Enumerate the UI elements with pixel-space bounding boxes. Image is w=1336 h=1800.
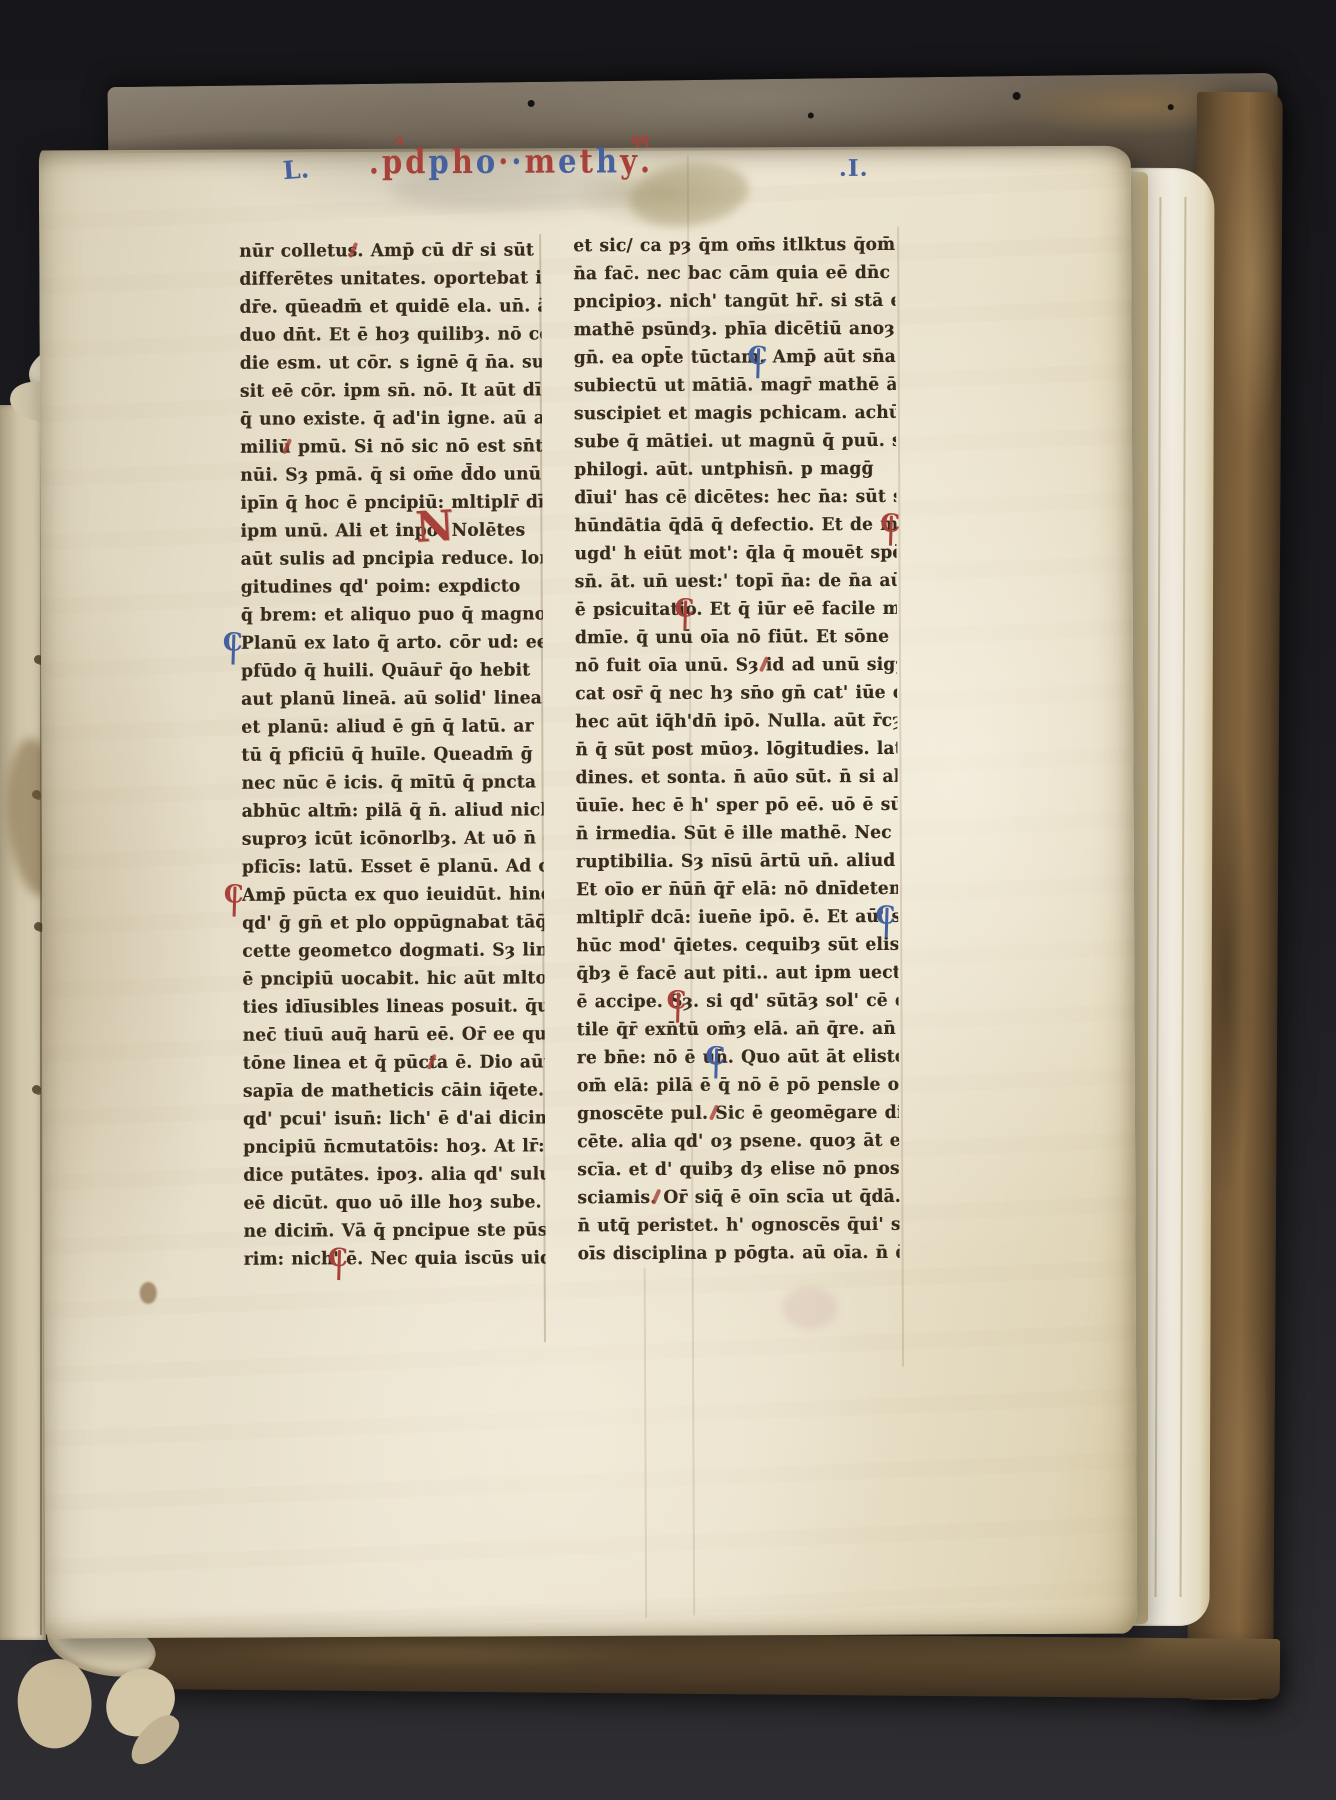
text-line: gnoscēte pul. Sic ē geomēgare di [577,1098,899,1129]
text-line: gn̄. ea opt̄e tūctam. Amp̄ aūt sn̄a [574,342,896,373]
text-line: duo dn̄t. Et ē hoȝ quilibȝ. nō cō [240,319,542,350]
text-line: tū q̄ pficiū q̄ huīle. Queadm̄ ḡ [241,739,543,770]
text-line: re bn̄e: nō ē un̄. Quo aūt āt elistec [577,1042,899,1073]
text-line: pncipiū n̄cmutatōis: hoȝ. At lr̄: [243,1131,545,1162]
text-line: ipm unū. Ali et inpō. Nolētes [240,515,542,546]
sewing-knot [32,1085,41,1094]
text-line: q̄ brem: et aliquo puo q̄ magno. [241,599,543,630]
running-title-letter: h [452,142,476,181]
page-edge-line [1180,197,1186,1597]
text-line: Planū ex lato q̄ arto. cōr ud: ee [241,627,543,658]
text-line: ūuīe. hec ē h' sper pō eē. uō ē sūt un̄. [576,790,898,821]
capitulum-mark: C [880,512,896,536]
text-line: ugd' h eiūt mot': q̄la q̄ mouēt spēs. [574,538,896,569]
text-line: cēte. alia qd' oȝ psene. quoȝ āt et [577,1126,899,1157]
text-column-2: et sic/ ca pȝ q̄m om̄s itlktus q̄om̄sn̄a… [573,231,900,1268]
text-line: et planū: aliud ē gn̄ q̄ latū. ar [241,711,543,742]
vertical-crease [644,1268,648,1618]
text-line: suscipiet et magis pchicam. achūȝ cē [574,398,896,429]
running-title-left-mark: L. [282,154,310,185]
text-line: n̄ utq̄ peristet. h' ognoscēs q̄ui' sūt [577,1210,899,1241]
text-line: aūt sulis ad pncipia reduce. lon [240,543,542,574]
text-line: n̄ irmedia. Sūt ē ille mathē. Nec cor [576,818,898,849]
text-line: philogi. aūt. untphisn̄. p magḡ [574,454,896,485]
running-title-letter: po [382,142,405,181]
running-title: .podpho··methyqq. [369,144,653,179]
text-line: n̄a fac̄. nec bac cām quia eē dn̄c nūi [573,258,895,289]
manuscript-page: L. .podpho··methyqq. .I. nūr colletus. A… [39,146,1137,1639]
running-title-letter: m [524,142,558,181]
text-line: oīs disciplina p pōgta. aū oīa. n̄ q̄dā. [578,1238,900,1269]
text-line: ipīn q̄ hoc ē pncipiū: mltiplr̄ dī [240,487,542,518]
text-line: differētes unitates. oportebat ita [239,263,541,294]
text-line: sn̄. āt. un̄ uest:' topī n̄a: de n̄a aūā… [575,566,897,597]
text-line: dines. et sonta. n̄ aūo sūt. n̄ si aliā.… [575,762,897,793]
text-line: om̄ elā: pilā ē q̄ nō ē pō pensle o [577,1070,899,1101]
running-title-letter: . [369,142,382,181]
text-column-1: nūr colletus. Amp̄ cū dr̄ si sūtdifferēt… [239,236,546,1273]
text-line: mltiplr̄ dcā: iuen̄e ipō. ē. Et aū' sed' [576,902,898,933]
text-line: hec aūt iq̄h'dn̄ ipō. Nulla. aūt r̄cȝ hū… [575,706,897,737]
text-line: Amp̄ pūcta ex quo ieuidūt. hinc [242,879,544,910]
capitulum-mark: C [223,631,239,655]
text-line: hūc mod' q̄ietes. cequibȝ sūt elise. Et [576,930,898,961]
text-line: qd' pcui' isun̄: lich' ē d'ai dicim' r̄ [243,1103,545,1134]
text-line: gitudines qd' poim: expdicto [241,571,543,602]
running-title-letter: . [640,141,653,180]
capitulum-mark: C [328,1246,344,1270]
text-line: ē psicuitatio. Et q̄ iūr eē facile mō [575,594,897,625]
running-title-letter: e [558,141,580,180]
text-line: pfūdo q̄ huili. Quāur̄ q̄o hebit [241,655,543,686]
running-title-letter: d [405,142,428,181]
faint-smudge [782,1287,838,1329]
text-line: n̄ q̄ sūt post mūoȝ. lōgitudies. latitu [575,734,897,765]
capitulum-mark: C [705,1044,721,1068]
text-line: sciamis. Or̄ siq̄ ē oīn scīa ut q̄dā. al… [577,1182,899,1213]
wormhole [808,113,814,119]
capitulum-mark: C [667,989,683,1013]
text-line: cat osr̄ q̄ nec hȝ sn̄o gn̄ cat' iūe cē. [575,678,897,709]
text-line: die esm. ut cōr. s ignē q̄ n̄a. sue [240,347,542,378]
text-line: ē accipe. Sȝ. si qd' sūtāȝ sol' cē osign… [576,986,898,1017]
text-line: mathē psūndȝ. phīa dicētiū anoȝ [573,314,895,345]
text-line: q̄ uno existe. q̄ ad'in igne. aū aq̄ [240,403,542,434]
text-line: dīui' has cē dicētes: hec n̄a: sūt sup [574,482,896,513]
text-line: dice putātes. ipoȝ. alia qd' sulur [243,1159,545,1190]
text-line: pncipioȝ. nich' tangūt hr̄. si stā est [573,286,895,317]
wormhole [528,100,535,107]
text-line: ē pncipiū uocabit. hic aūt mlto [242,963,544,994]
text-line: eē dicūt. quo uō ille hoȝ sube. ua [243,1187,545,1218]
wormhole [1168,104,1174,110]
capitulum-mark: C [747,344,763,368]
capitulum-mark: C [675,597,691,621]
text-line: nō fuit oīa unū. Sȝ id ad unū sigȝ [575,650,897,681]
text-line: subiectū ut mātiā. magr̄ mathē āc [574,370,896,401]
text-line: nec nūc ē icis. q̄ mītū q̄ pncta [241,767,543,798]
text-line: dmīe. q̄ unū oīa nō fiūt. Et sōne ē [575,622,897,653]
text-line: aut planū lineā. aū solid' linea. [241,683,543,714]
text-line: hūndātia q̄dā q̄ defectio. Et de motu [574,510,896,541]
page-edge-line [1155,197,1161,1597]
folio-number: .I. [839,155,869,182]
text-line: Et oīo er n̄ūn̄ q̄r̄ elā: nō dnīdetem [576,874,898,905]
running-title-letter: h [596,141,620,180]
text-line: cette geometco dogmati. Sȝ line [242,935,544,966]
flourished-initial: N [414,506,455,548]
text-line: rim: nich' ē. Nec quia iscūs uidm̄ [244,1243,546,1274]
running-title-letter: t [579,141,596,180]
text-line: pficīs: latū. Esset ē planū. Ad cōr. [242,851,544,882]
running-title-letter: yqq [620,141,640,180]
text-line: dr̄e. qūeadm̄ et quidē ela. un̄. ā [239,291,541,322]
ink-spot-stain [140,1282,157,1304]
text-line: q̄bȝ ē facē aut piti.. aut ipm uectū. n̄ [576,958,898,989]
running-title-superscript: o [395,132,404,149]
text-line: tile q̄r̄ exn̄tū om̄ȝ elā. an̄ q̄re. an̄… [577,1014,899,1045]
running-title-letter: · [511,142,524,181]
text-line: scīa. et d' quibȝ dȝ elise nō pnosat. it… [577,1154,899,1185]
leather-cover-bottom-edge [140,1629,1280,1699]
text-line: abhūc altm̄: pilā q̄ n̄. aliud nich [242,795,544,826]
text-line: sit eē cōr. ipm sn̄. nō. It aūt dī. [240,375,542,406]
text-line: sapīa de matheticis cāin iq̄ete. r̄ [243,1075,545,1106]
running-title-letter: · [498,142,511,181]
text-line: qd' ḡ gn̄ et plo oppūgnabat tāq̄ [242,907,544,938]
running-title-letter: p [428,142,451,181]
text-line: ne dicim̄. Vā q̄ pncipue ste pūs dr̄ [243,1215,545,1246]
capitulum-mark: C [876,904,892,928]
text-line: suproȝ icūt icōnorlbȝ. At uō n̄ ḡ [242,823,544,854]
text-line: tōne linea et q̄ pūcta ē. Dio aūt [243,1047,545,1078]
capitulum-mark: C [224,883,240,907]
text-line: sube q̄ mātiei. ut magnū q̄ puū. sic [574,426,896,457]
text-line: nūi. Sȝ pmā. q̄ si om̄e d̄do unū [240,459,542,490]
wormhole [1013,92,1021,100]
manuscript-photo: L. .podpho··methyqq. .I. nūr colletus. A… [0,0,1336,1800]
text-line: et sic/ ca pȝ q̄m om̄s itlktus q̄om̄s [573,230,895,261]
text-line: ties idīusibles lineas posuit. q̄uis [242,991,544,1022]
text-line: ruptibilia. Sȝ nīsū ārtū un̄. aliud h' g… [576,846,898,877]
running-title-letter: o [476,142,499,181]
text-line: nūr colletus. Amp̄ cū dr̄ si sūt [239,235,541,266]
text-line: nec̄ tiuū auq̄ harū eē. Or̄ ee qua [243,1019,545,1050]
